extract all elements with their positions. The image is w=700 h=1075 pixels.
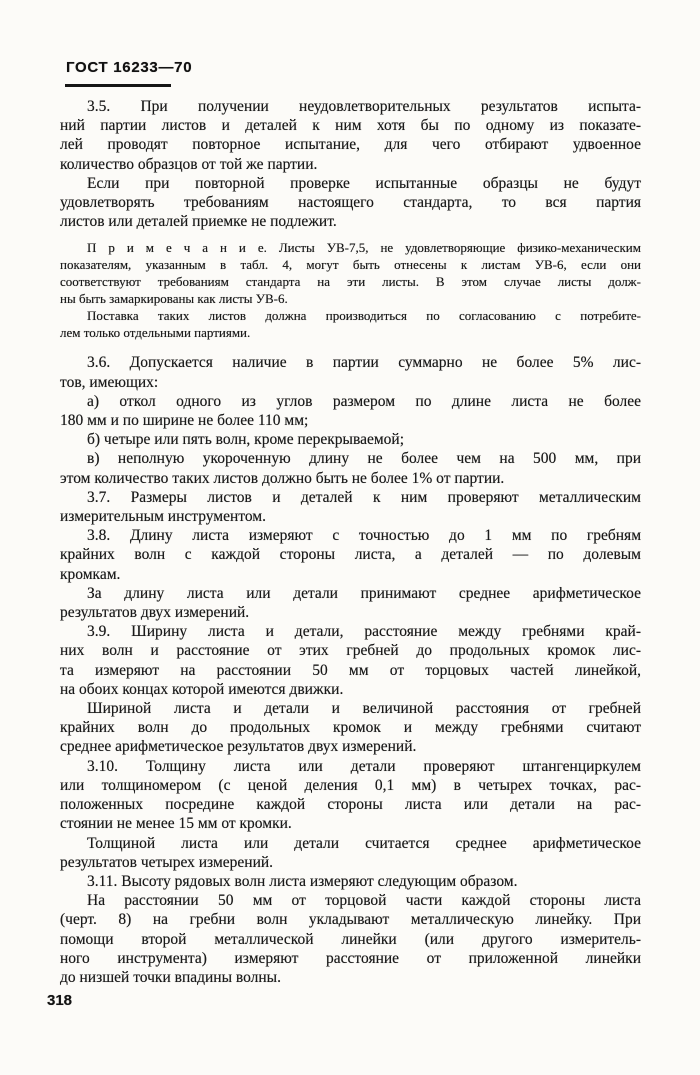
text-line: среднее арифметическое результатов двух … [60, 737, 641, 756]
text-line: них волн и расстояние от этих гребней до… [60, 641, 641, 660]
text-line: ны быть замаркированы как листы УВ-6. [60, 290, 641, 307]
text-line: стоянии не менее 15 мм от кромки. [60, 814, 641, 833]
text-line: количество образцов от той же партии. [60, 155, 641, 174]
text-line: помощи второй металлической линейки (или… [60, 930, 641, 949]
note-block: П р и м е ч а н и е. Листы УВ-7,5, не уд… [60, 239, 641, 341]
clause-3-9: 3.9. Ширину листа и детали, расстояние м… [60, 622, 641, 756]
text-line: 180 мм и по ширине не более 110 мм; [60, 411, 641, 430]
text-line: лей проводят повторное испытание, для че… [60, 135, 641, 154]
text-line: 3.11. Высоту рядовых волн листа измеряют… [60, 872, 641, 891]
clause-3-11: 3.11. Высоту рядовых волн листа измеряют… [60, 872, 641, 987]
text-line: Толщиной листа или детали считается сред… [60, 834, 641, 853]
text-line: соответствуют требованиям стандарта на э… [60, 273, 641, 290]
document-page: ГОСТ 16233—70 3.5. При получении неудовл… [0, 0, 700, 1075]
text-line: а) откол одного из углов размером по дли… [60, 392, 641, 411]
text-line: измерительным инструментом. [60, 507, 641, 526]
text-line: результатов четырех измерений. [60, 853, 641, 872]
text-line: Если при повторной проверке испытанные о… [60, 174, 641, 193]
text-line: 3.6. Допускается наличие в партии суммар… [60, 353, 641, 372]
document-body: 3.5. При получении неудовлетворительных … [60, 97, 641, 987]
text-line: На расстоянии 50 мм от торцовой части ка… [60, 891, 641, 910]
text-line: листов или деталей приемке не подлежит. [60, 212, 641, 231]
text-line: 3.8. Длину листа измеряют с точностью до… [60, 526, 641, 545]
text-line: ного инструмента) измеряют расстояние от… [60, 949, 641, 968]
text-line: та измеряют на расстоянии 50 мм от торцо… [60, 661, 641, 680]
clause-3-8: 3.8. Длину листа измеряют с точностью до… [60, 526, 641, 622]
text-line: 3.7. Размеры листов и деталей к ним пров… [60, 488, 641, 507]
text-line: ний партии листов и деталей к ним хотя б… [60, 116, 641, 135]
text-line: 3.10. Толщину листа или детали проверяют… [60, 757, 641, 776]
text-line: положенных посредине каждой стороны лист… [60, 795, 641, 814]
text-line: кромкам. [60, 565, 641, 584]
text-line: крайних волн с каждой стороны листа, а д… [60, 545, 641, 564]
clause-3-6: 3.6. Допускается наличие в партии суммар… [60, 353, 641, 487]
text-line: до низшей точки впадины волны. [60, 968, 641, 987]
text-line: За длину листа или детали принимают сред… [60, 584, 641, 603]
text-line: результатов двух измерений. [60, 603, 641, 622]
text-line: этом количество таких листов должно быть… [60, 469, 641, 488]
header-rule [65, 84, 171, 87]
text-line: Поставка таких листов должна производить… [60, 307, 641, 324]
standard-number: ГОСТ 16233—70 [66, 59, 192, 76]
text-line: удовлетворять требованиям настоящего ста… [60, 193, 641, 212]
text-line: 3.9. Ширину листа и детали, расстояние м… [60, 622, 641, 641]
text-line: показателям, указанным в табл. 4, могут … [60, 256, 641, 273]
text-line: или толщиномером (с ценой деления 0,1 мм… [60, 776, 641, 795]
clause-3-5: 3.5. При получении неудовлетворительных … [60, 97, 641, 231]
text-line: (черт. 8) на гребни волн укладывают мета… [60, 910, 641, 929]
clause-3-7: 3.7. Размеры листов и деталей к ним пров… [60, 488, 641, 526]
text-line: крайних волн до продольных кромок и межд… [60, 718, 641, 737]
text-line: П р и м е ч а н и е. Листы УВ-7,5, не уд… [60, 239, 641, 256]
page-number: 318 [47, 992, 72, 1009]
text-line: лем только отдельными партиями. [60, 324, 641, 341]
text-line: Шириной листа и детали и величиной расст… [60, 699, 641, 718]
clause-3-10: 3.10. Толщину листа или детали проверяют… [60, 757, 641, 872]
text-line: б) четыре или пять волн, кроме перекрыва… [60, 430, 641, 449]
text-line: на обоих концах которой имеются движки. [60, 680, 641, 699]
text-line: тов, имеющих: [60, 373, 641, 392]
text-line: в) неполную укороченную длину не более ч… [60, 449, 641, 468]
text-line: 3.5. При получении неудовлетворительных … [60, 97, 641, 116]
